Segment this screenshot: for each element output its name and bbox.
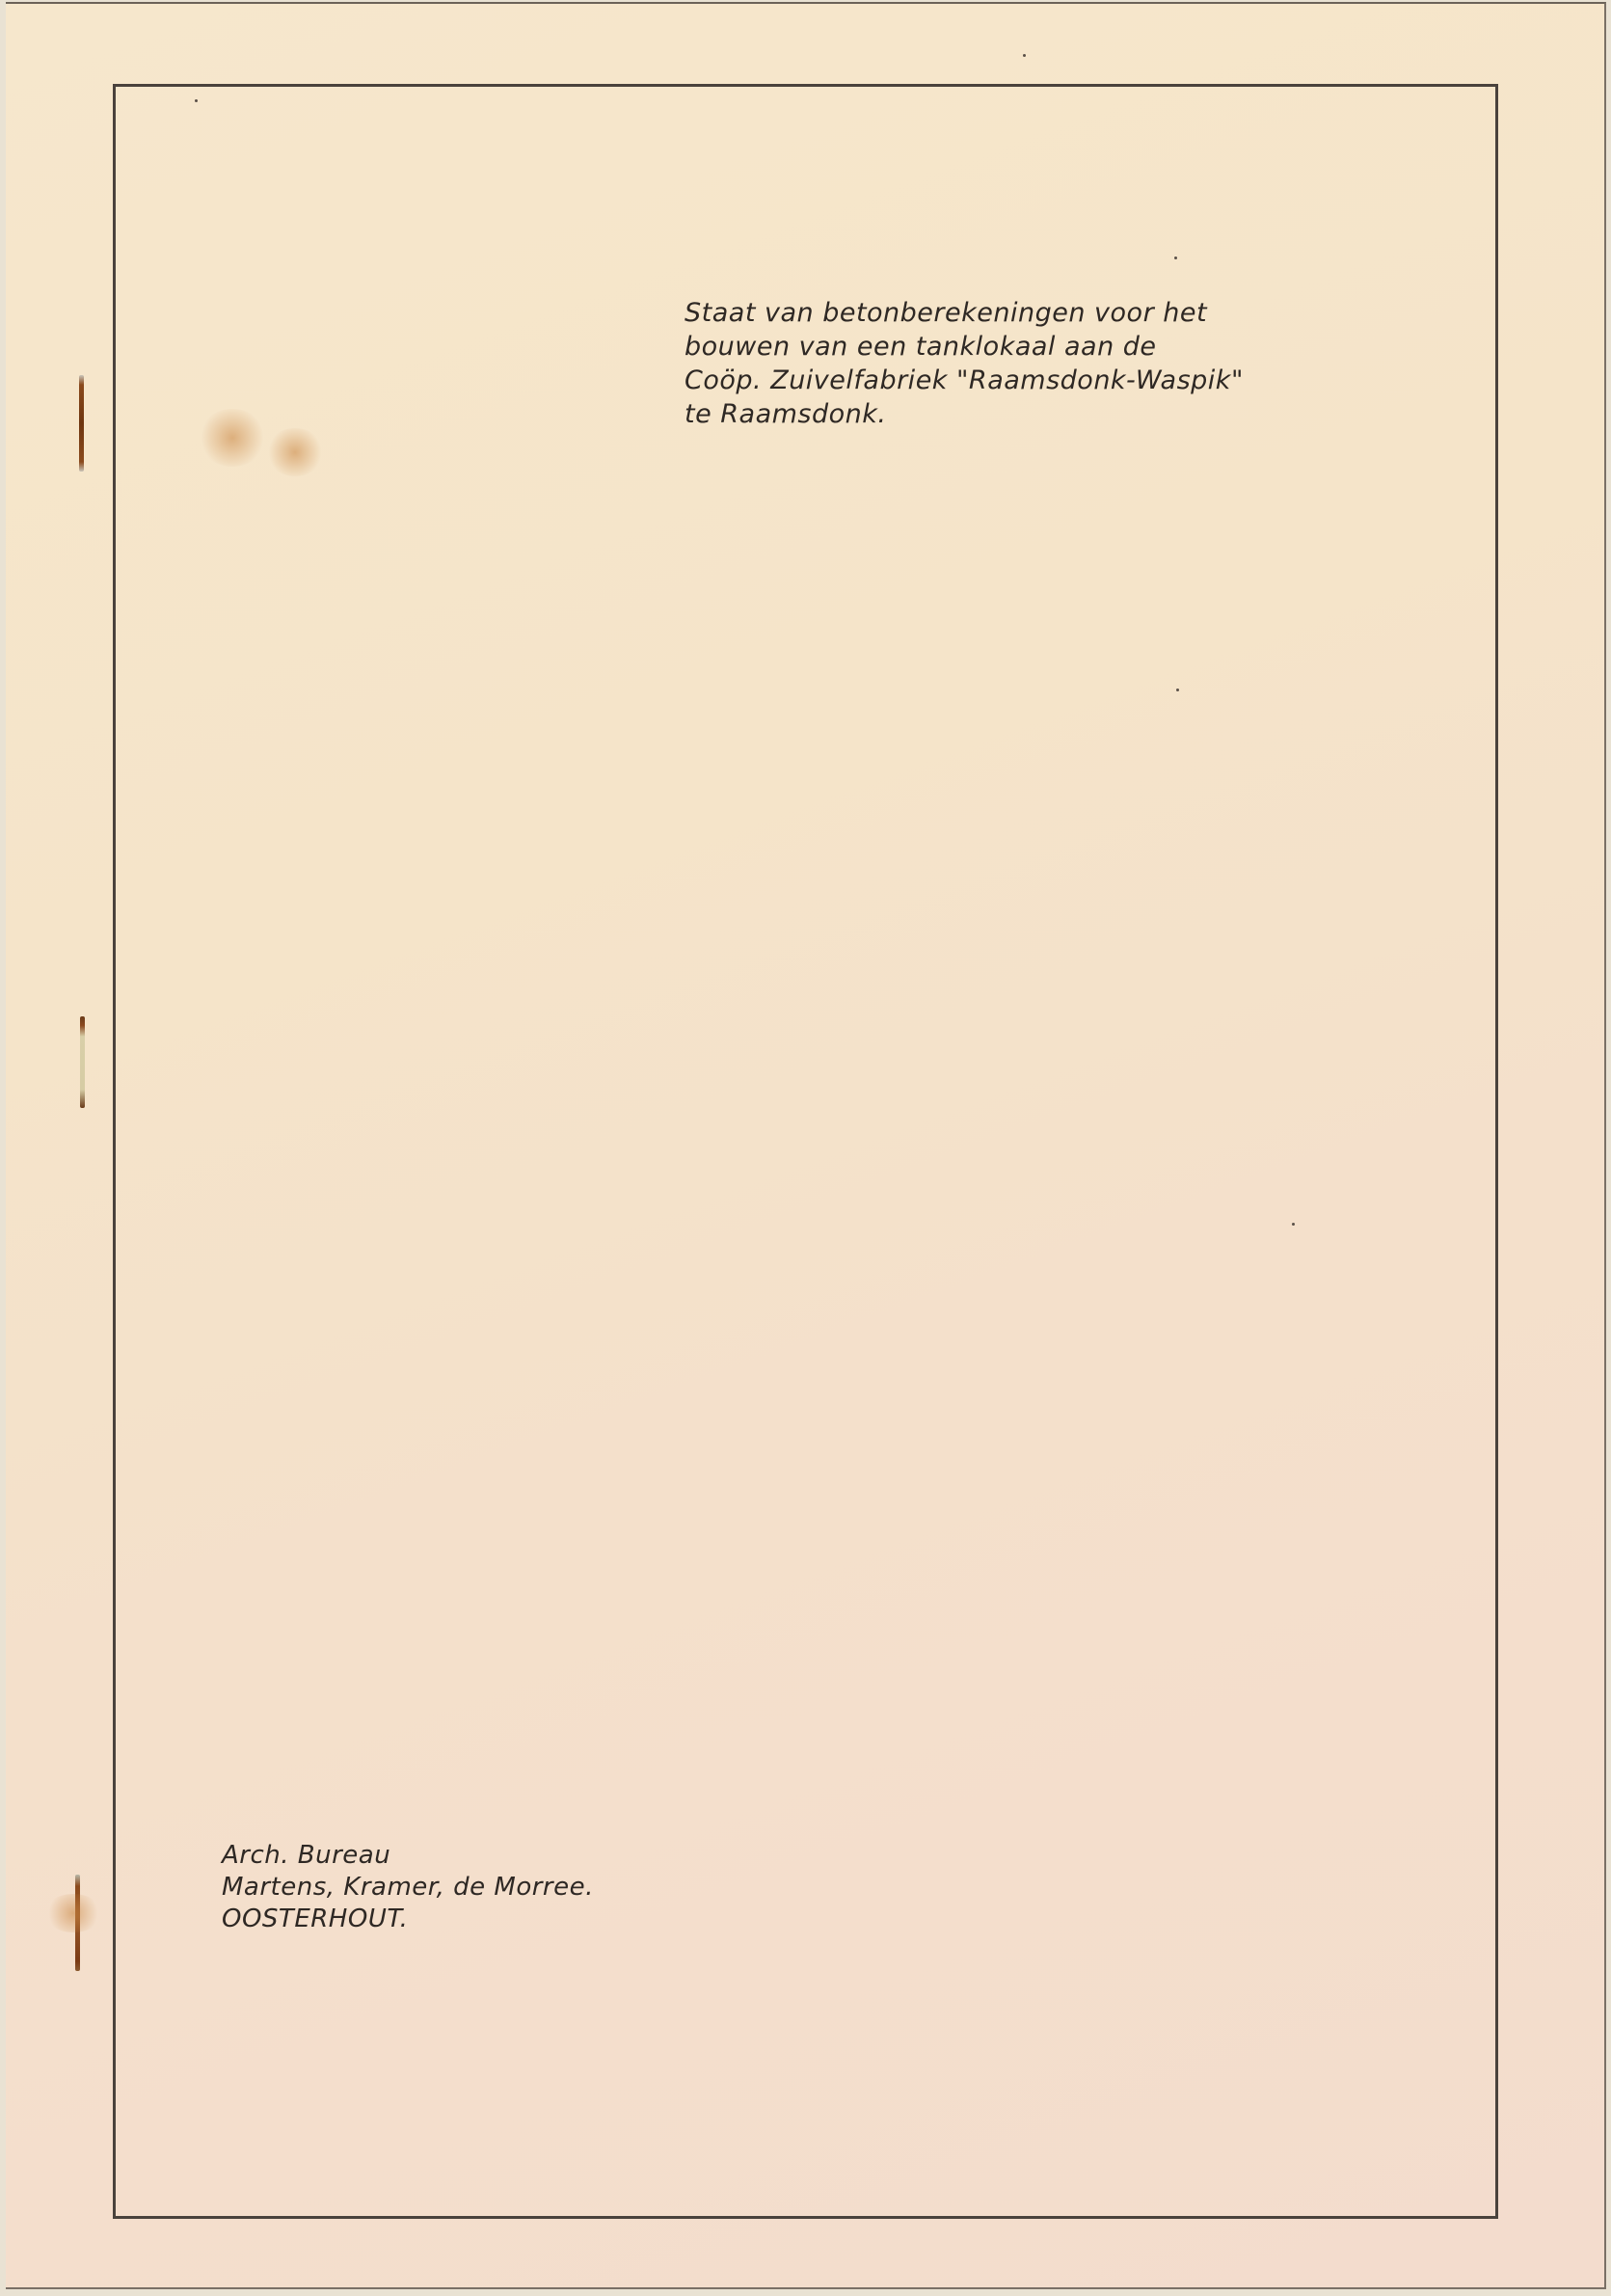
paper-speck xyxy=(1023,54,1026,57)
rust-stain xyxy=(44,1894,102,1932)
staple-middle xyxy=(80,1016,85,1108)
title-line-3: Coöp. Zuivelfabriek "Raamsdonk-Waspik" xyxy=(685,364,1244,397)
rust-stain xyxy=(266,428,324,476)
title-line-1: Staat van betonberekeningen voor het xyxy=(685,296,1244,330)
staple-top xyxy=(79,375,84,472)
paper-speck xyxy=(1176,689,1179,691)
paper-speck xyxy=(1292,1223,1295,1226)
author-line-1: Arch. Bureau xyxy=(222,1840,594,1872)
author-line-2: Martens, Kramer, de Morree. xyxy=(222,1872,594,1904)
paper-speck xyxy=(195,99,198,102)
rust-stain xyxy=(199,409,266,467)
author-block: Arch. Bureau Martens, Kramer, de Morree.… xyxy=(222,1840,594,1935)
author-line-3: OOSTERHOUT. xyxy=(222,1904,594,1935)
paper-speck xyxy=(1174,257,1177,259)
title-line-2: bouwen van een tanklokaal aan de xyxy=(685,330,1244,364)
title-line-4: te Raamsdonk. xyxy=(685,397,1244,431)
document-title: Staat van betonberekeningen voor het bou… xyxy=(685,296,1244,431)
document-page: Staat van betonberekeningen voor het bou… xyxy=(6,2,1606,2289)
